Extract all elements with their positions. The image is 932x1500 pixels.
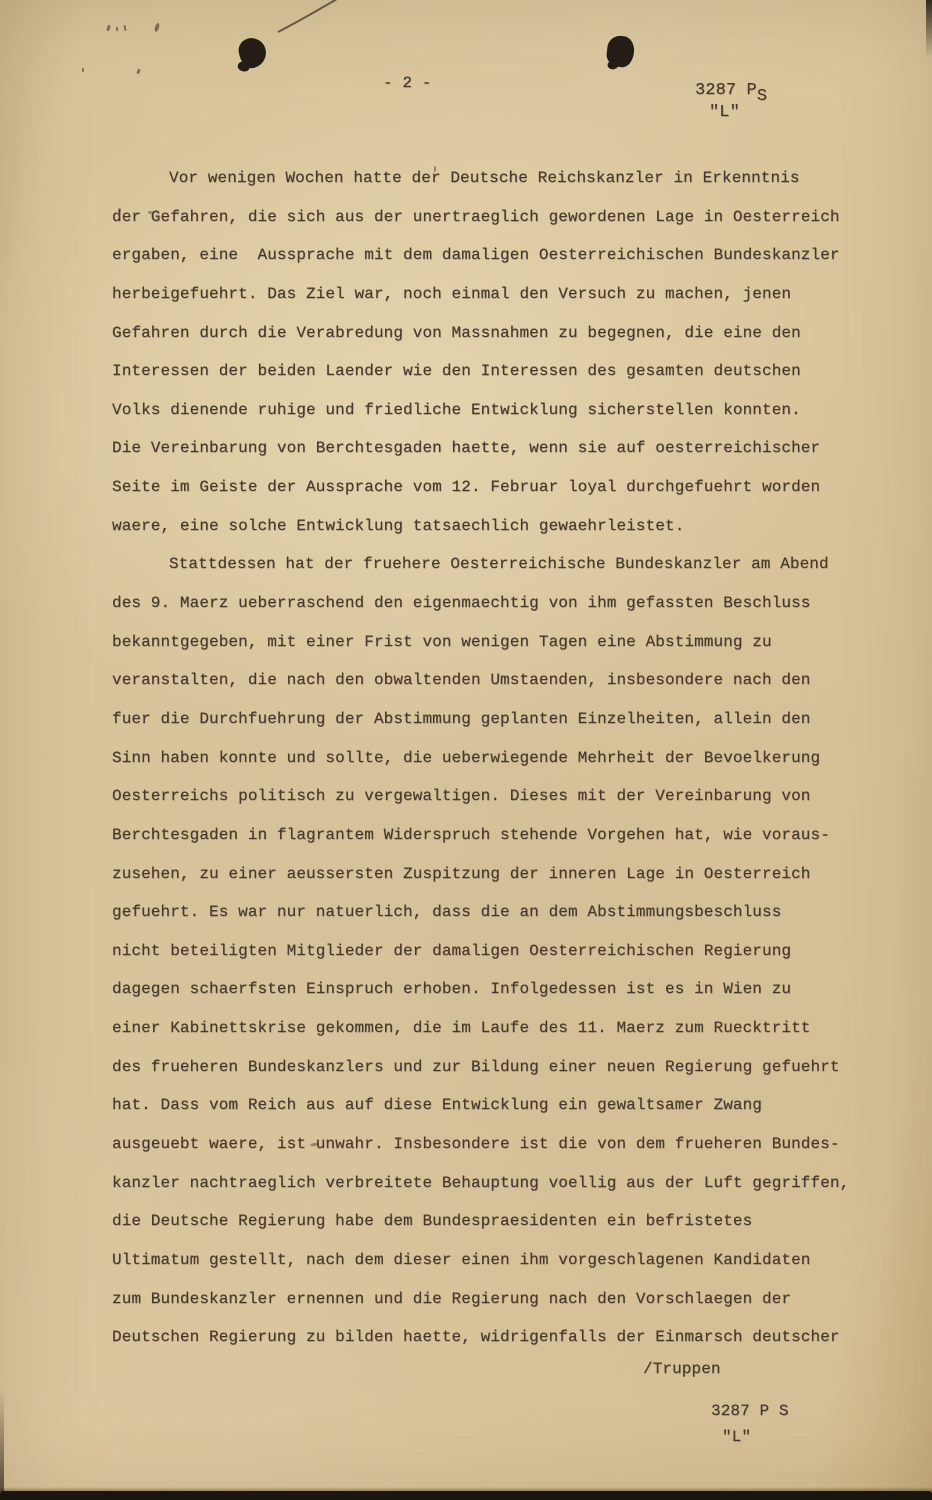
ink-blob-left [237, 36, 268, 69]
document-line: veranstalten, die nach den obwaltenden U… [112, 661, 872, 700]
document-line: Oesterreichs politisch zu vergewaltigen.… [112, 777, 872, 816]
pencil-stroke [270, 0, 350, 36]
document-line: hat. Dass vom Reich aus auf diese Entwic… [112, 1086, 872, 1125]
document-line: Interessen der beiden Laender wie den In… [112, 352, 872, 391]
document-line: Deutschen Regierung zu bilden haette, wi… [112, 1318, 872, 1357]
document-line: Sinn haben konnte und sollte, die ueberw… [112, 739, 872, 778]
document-line: die Deutsche Regierung habe dem Bundespr… [112, 1202, 872, 1241]
document-line: Stattdessen hat der fruehere Oesterreich… [112, 545, 872, 584]
document-line: fuer die Durchfuehrung der Abstimmung ge… [112, 700, 872, 739]
document-line: Die Vereinbarung von Berchtesgaden haett… [112, 429, 872, 468]
document-line: herbeigefuehrt. Das Ziel war, noch einma… [112, 275, 872, 314]
paper-speck [106, 25, 110, 32]
document-line: Seite im Geiste der Aussprache vom 12. F… [112, 468, 872, 507]
footer-exhibit-number: 3287 P S [711, 1402, 789, 1420]
scan-edge-bottom [0, 1491, 932, 1500]
exhibit-number-subscript: S [757, 87, 767, 106]
paper-speck [154, 23, 160, 33]
document-reference-header: 3287 PS "L" [695, 81, 767, 122]
document-line: dagegen schaerfsten Einspruch erhoben. I… [112, 970, 872, 1009]
document-line: zum Bundeskanzler ernennen und die Regie… [112, 1280, 872, 1319]
document-line: Berchtesgaden in flagrantem Widerspruch … [112, 816, 872, 855]
document-line: Volks dienende ruhige und friedliche Ent… [112, 391, 872, 430]
continuation-word: /Truppen [643, 1360, 721, 1378]
paper-speck [116, 27, 118, 31]
paper-speck [82, 68, 84, 72]
document-line: bekanntgegeben, mit einer Frist von weni… [112, 623, 872, 662]
document-line: des frueheren Bundeskanzlers und zur Bil… [112, 1048, 872, 1087]
scan-edge-top-right [926, 0, 932, 58]
document-line: einer Kabinettskrise gekommen, die im La… [112, 1009, 872, 1048]
document-line: kanzler nachtraeglich verbreitete Behaup… [112, 1164, 872, 1203]
document-line: ausgeuebt waere, ist unwahr. Insbesonder… [112, 1125, 872, 1164]
document-page: - 2 - 3287 PS "L" Vor wenigen Wochen hat… [0, 0, 932, 1500]
document-line: Gefahren durch die Verabredung von Massn… [112, 314, 872, 353]
paper-speck [123, 25, 126, 31]
document-line: gefuehrt. Es war nur natuerlich, dass di… [112, 893, 872, 932]
scan-edge-bottom-left [0, 1390, 4, 1500]
document-line: der Gefahren, die sich aus der unertraeg… [112, 198, 872, 237]
document-line: des 9. Maerz ueberraschend den eigenmaec… [112, 584, 872, 623]
paper-speck [136, 69, 141, 75]
footer-exhibit-mark: "L" [722, 1428, 751, 1446]
document-line: ergaben, eine Aussprache mit dem damalig… [112, 236, 872, 275]
ink-blob-right [605, 35, 635, 69]
document-line: waere, eine solche Entwicklung tatsaechl… [112, 507, 872, 546]
document-body: Vor wenigen Wochen hatte der Deutsche Re… [112, 159, 872, 1357]
exhibit-number: 3287 P [695, 81, 757, 100]
document-line: zusehen, zu einer aeussersten Zuspitzung… [112, 855, 872, 894]
document-line: Ultimatum gestellt, nach dem dieser eine… [112, 1241, 872, 1280]
page-number: - 2 - [383, 74, 432, 92]
exhibit-number-line: 3287 PS [695, 81, 767, 100]
document-line: Vor wenigen Wochen hatte der Deutsche Re… [112, 159, 872, 198]
document-line: nicht beteiligten Mitglieder der damalig… [112, 932, 872, 971]
